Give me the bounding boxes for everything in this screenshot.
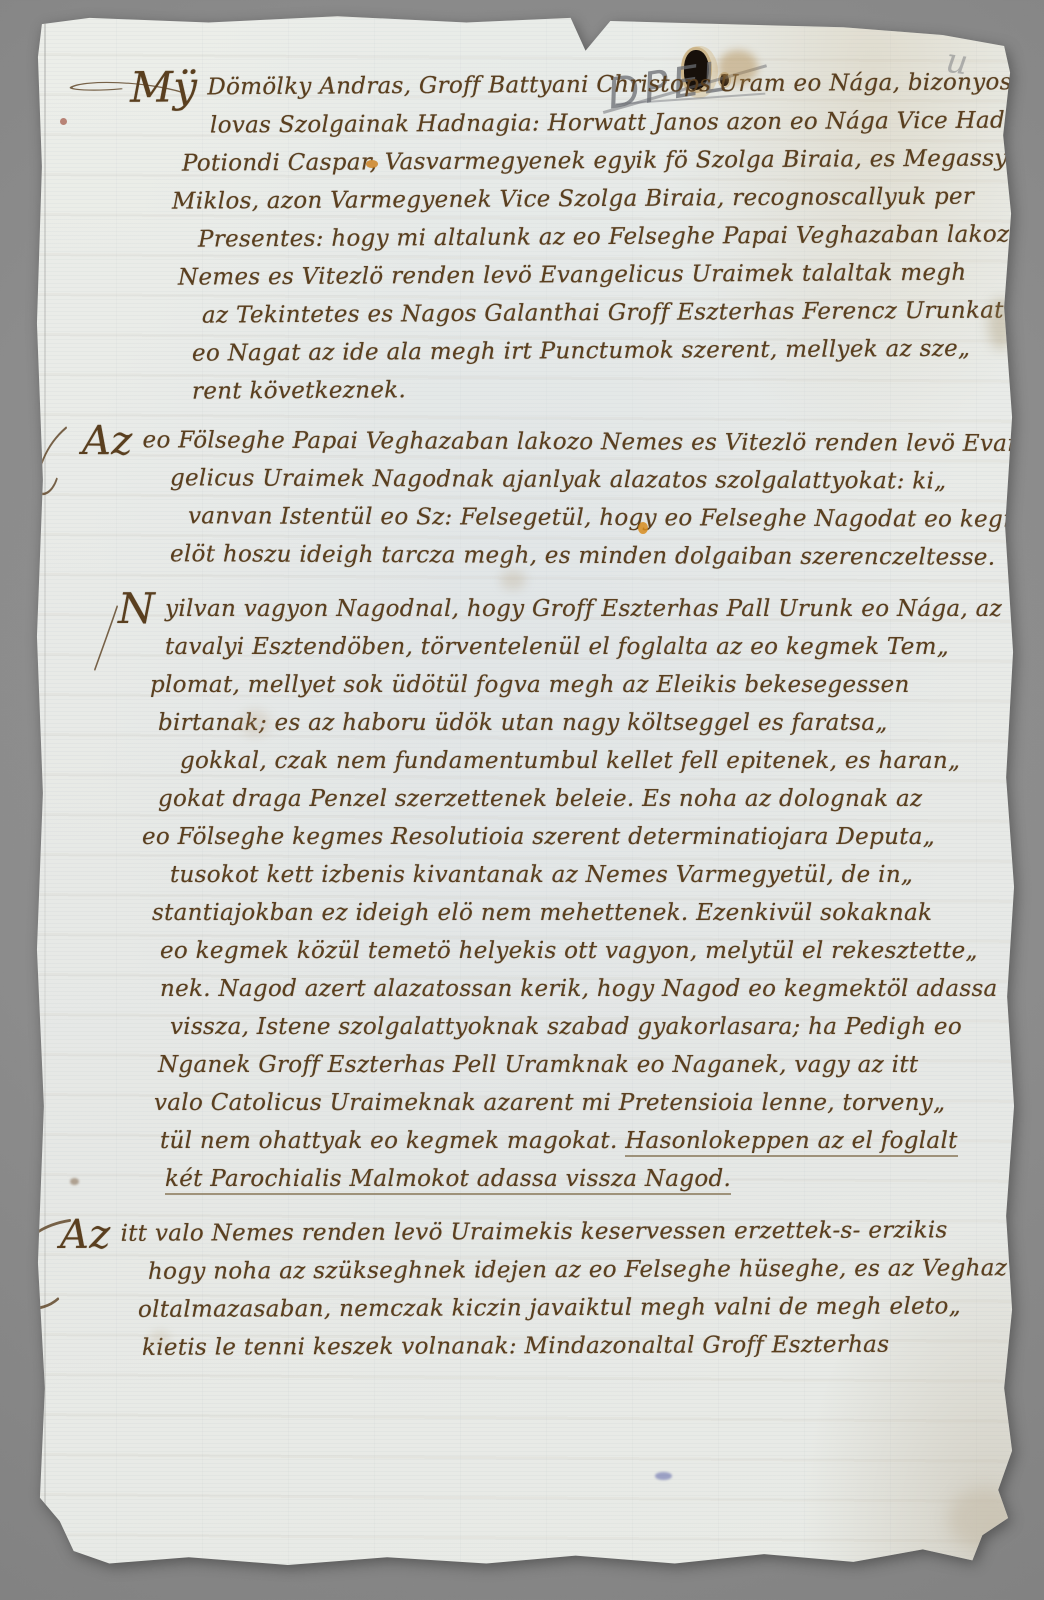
manuscript-line: gelicus Uraimek Nagodnak ajanlyak alazat…	[170, 465, 1022, 496]
manuscript-line: tül nem ohattyak eo kegmek magokat. Haso…	[160, 1128, 1022, 1155]
line-text: itt valo Nemes renden levö Uraimekis kes…	[121, 1217, 948, 1246]
underlined-text: Hasonlokeppen az el foglalt	[625, 1128, 957, 1157]
manuscript-line: eo kegmek közül temetö helyekis ott vagy…	[160, 938, 1022, 965]
manuscript-line: vissza, Istene szolgalattyoknak szabad g…	[170, 1014, 1022, 1041]
scan-background: DPEL u MÿDömölky Andras, Groff Battyani …	[0, 0, 1044, 1600]
line-text: Presentes: hogy mi altalunk az eo Felseg…	[198, 221, 1024, 252]
line-text: eo Nagat az ide ala megh irt Punctumok s…	[192, 336, 970, 367]
manuscript-line: eo Fölseghe kegmes Resolutioia szerent d…	[142, 824, 1022, 851]
manuscript-line: valo Catolicus Uraimeknak azarent mi Pre…	[154, 1090, 1022, 1117]
manuscript-line: Azeo Fölseghe Papai Veghazaban lakozo Ne…	[82, 427, 1022, 458]
line-text: Potiondi Caspar, Vasvarmegyenek egyik fö…	[182, 145, 1008, 176]
manuscript-paragraph: Azitt valo Nemes renden levö Uraimekis k…	[30, 1219, 1022, 1360]
line-text: gelicus Uraimek Nagodnak ajanlyak alazat…	[170, 465, 946, 494]
manuscript-line: MÿDömölky Andras, Groff Battyani Christo…	[130, 69, 1022, 102]
line-text: tavalyi Esztendöben, törventelenül el fo…	[165, 634, 949, 660]
line-text: birtanak; es az haboru üdök utan nagy kö…	[158, 710, 888, 736]
line-text: eo kegmek közül temetö helyekis ott vagy…	[160, 938, 978, 964]
manuscript-line: Azitt valo Nemes renden levö Uraimekis k…	[60, 1217, 1022, 1248]
line-text: eo Fölseghe Papai Veghazaban lakozo Neme…	[143, 427, 1035, 457]
manuscript-text: MÿDömölky Andras, Groff Battyani Christo…	[30, 72, 1022, 1386]
line-text: rent következnek.	[192, 377, 406, 404]
line-text: Nganek Groff Eszterhas Pell Uramknak eo …	[158, 1052, 918, 1078]
line-text: gokkal, czak nem fundamentumbul kellet f…	[180, 748, 960, 774]
paragraph-initial: Az	[60, 1212, 111, 1258]
line-text: kietis le tenni keszek volnanak: Mindazo…	[142, 1332, 889, 1361]
manuscript-line: birtanak; es az haboru üdök utan nagy kö…	[158, 710, 1022, 737]
line-text: az Tekintetes es Nagos Galanthai Groff E…	[202, 298, 1004, 329]
ink-smudge	[655, 1472, 672, 1480]
manuscript-line: rent következnek.	[192, 373, 1022, 405]
line-text: elöt hoszu ideigh tarcza megh, es minden…	[170, 541, 995, 570]
manuscript-line: plomat, mellyet sok üdötül fogva megh az…	[150, 672, 1022, 699]
line-text: stantiajokban ez ideigh elö nem mehetten…	[152, 900, 932, 926]
line-text: Nemes es Vitezlö renden levö Evangelicus…	[178, 260, 967, 291]
manuscript-line: gokkal, czak nem fundamentumbul kellet f…	[180, 748, 1022, 775]
line-text: Dömölky Andras, Groff Battyani Christops…	[207, 69, 1044, 101]
manuscript-line: kietis le tenni keszek volnanak: Mindazo…	[142, 1331, 1022, 1362]
line-text: vissza, Istene szolgalattyoknak szabad g…	[170, 1014, 962, 1040]
manuscript-line: vanvan Istentül eo Sz: Felsegetül, hogy …	[188, 503, 1022, 533]
manuscript-paragraph: Nyilvan vagyon Nagodnal, hogy Groff Eszt…	[30, 596, 1022, 1193]
line-text: gokat draga Penzel szerzettenek beleie. …	[158, 786, 922, 812]
line-text: lovas Szolgainak Hadnagia: Horwatt Janos…	[210, 107, 1044, 138]
manuscript-line: elöt hoszu ideigh tarcza megh, es minden…	[170, 541, 1022, 572]
manuscript-line: Miklos, azon Varmegyenek Vice Szolga Bir…	[172, 183, 1022, 215]
line-text: nek. Nagod azert alazatossan kerik, hogy…	[160, 976, 998, 1002]
paragraph-initial: Az	[82, 418, 133, 464]
line-text: két Parochialis Malmokot adassa vissza N…	[165, 1166, 731, 1195]
line-text: plomat, mellyet sok üdötül fogva megh az…	[150, 672, 910, 698]
manuscript-paragraph: Azeo Fölseghe Papai Veghazaban lakozo Ne…	[30, 429, 1022, 570]
line-text: yilvan vagyon Nagodnal, hogy Groff Eszte…	[165, 596, 1002, 622]
manuscript-line: Nemes es Vitezlö renden levö Evangelicus…	[178, 259, 1022, 291]
manuscript-line: Nganek Groff Eszterhas Pell Uramknak eo …	[158, 1052, 1022, 1079]
manuscript-line: két Parochialis Malmokot adassa vissza N…	[165, 1166, 1022, 1193]
line-text: oltalmazasaban, nemczak kiczin javaiktul…	[138, 1293, 961, 1322]
manuscript-line: tusokot kett izbenis kivantanak az Nemes…	[170, 862, 1022, 889]
manuscript-line: stantiajokban ez ideigh elö nem mehetten…	[152, 900, 1022, 927]
line-text: tusokot kett izbenis kivantanak az Nemes…	[170, 862, 913, 888]
line-text: eo Fölseghe kegmes Resolutioia szerent d…	[142, 824, 935, 850]
manuscript-line: gokat draga Penzel szerzettenek beleie. …	[158, 786, 1022, 813]
manuscript-page: DPEL u MÿDömölky Andras, Groff Battyani …	[30, 10, 1022, 1576]
paragraph-initial: Mÿ	[130, 62, 198, 111]
manuscript-line: Presentes: hogy mi altalunk az eo Felseg…	[198, 221, 1022, 253]
paragraph-initial: N	[118, 584, 155, 633]
line-text: tül nem ohattyak eo kegmek magokat.	[160, 1128, 625, 1154]
line-text: valo Catolicus Uraimeknak azarent mi Pre…	[154, 1090, 945, 1116]
paper-stain	[948, 1488, 1020, 1550]
line-text: vanvan Istentül eo Sz: Felsegetül, hogy …	[188, 503, 1044, 533]
line-text: hogy noha az szükseghnek idejen az eo Fe…	[148, 1255, 1007, 1285]
manuscript-line: eo Nagat az ide ala megh irt Punctumok s…	[192, 335, 1022, 367]
manuscript-line: lovas Szolgainak Hadnagia: Horwatt Janos…	[210, 107, 1022, 139]
manuscript-line: Potiondi Caspar, Vasvarmegyenek egyik fö…	[182, 145, 1022, 177]
manuscript-paragraph: MÿDömölky Andras, Groff Battyani Christo…	[30, 72, 1022, 403]
manuscript-line: hogy noha az szükseghnek idejen az eo Fe…	[148, 1255, 1022, 1286]
manuscript-line: oltalmazasaban, nemczak kiczin javaiktul…	[138, 1293, 1022, 1324]
manuscript-line: Nyilvan vagyon Nagodnal, hogy Groff Eszt…	[118, 596, 1022, 623]
manuscript-line: tavalyi Esztendöben, törventelenül el fo…	[165, 634, 1022, 661]
manuscript-line: az Tekintetes es Nagos Galanthai Groff E…	[202, 297, 1022, 329]
line-text: Miklos, azon Varmegyenek Vice Szolga Bir…	[172, 184, 974, 215]
manuscript-line: nek. Nagod azert alazatossan kerik, hogy…	[160, 976, 1022, 1003]
